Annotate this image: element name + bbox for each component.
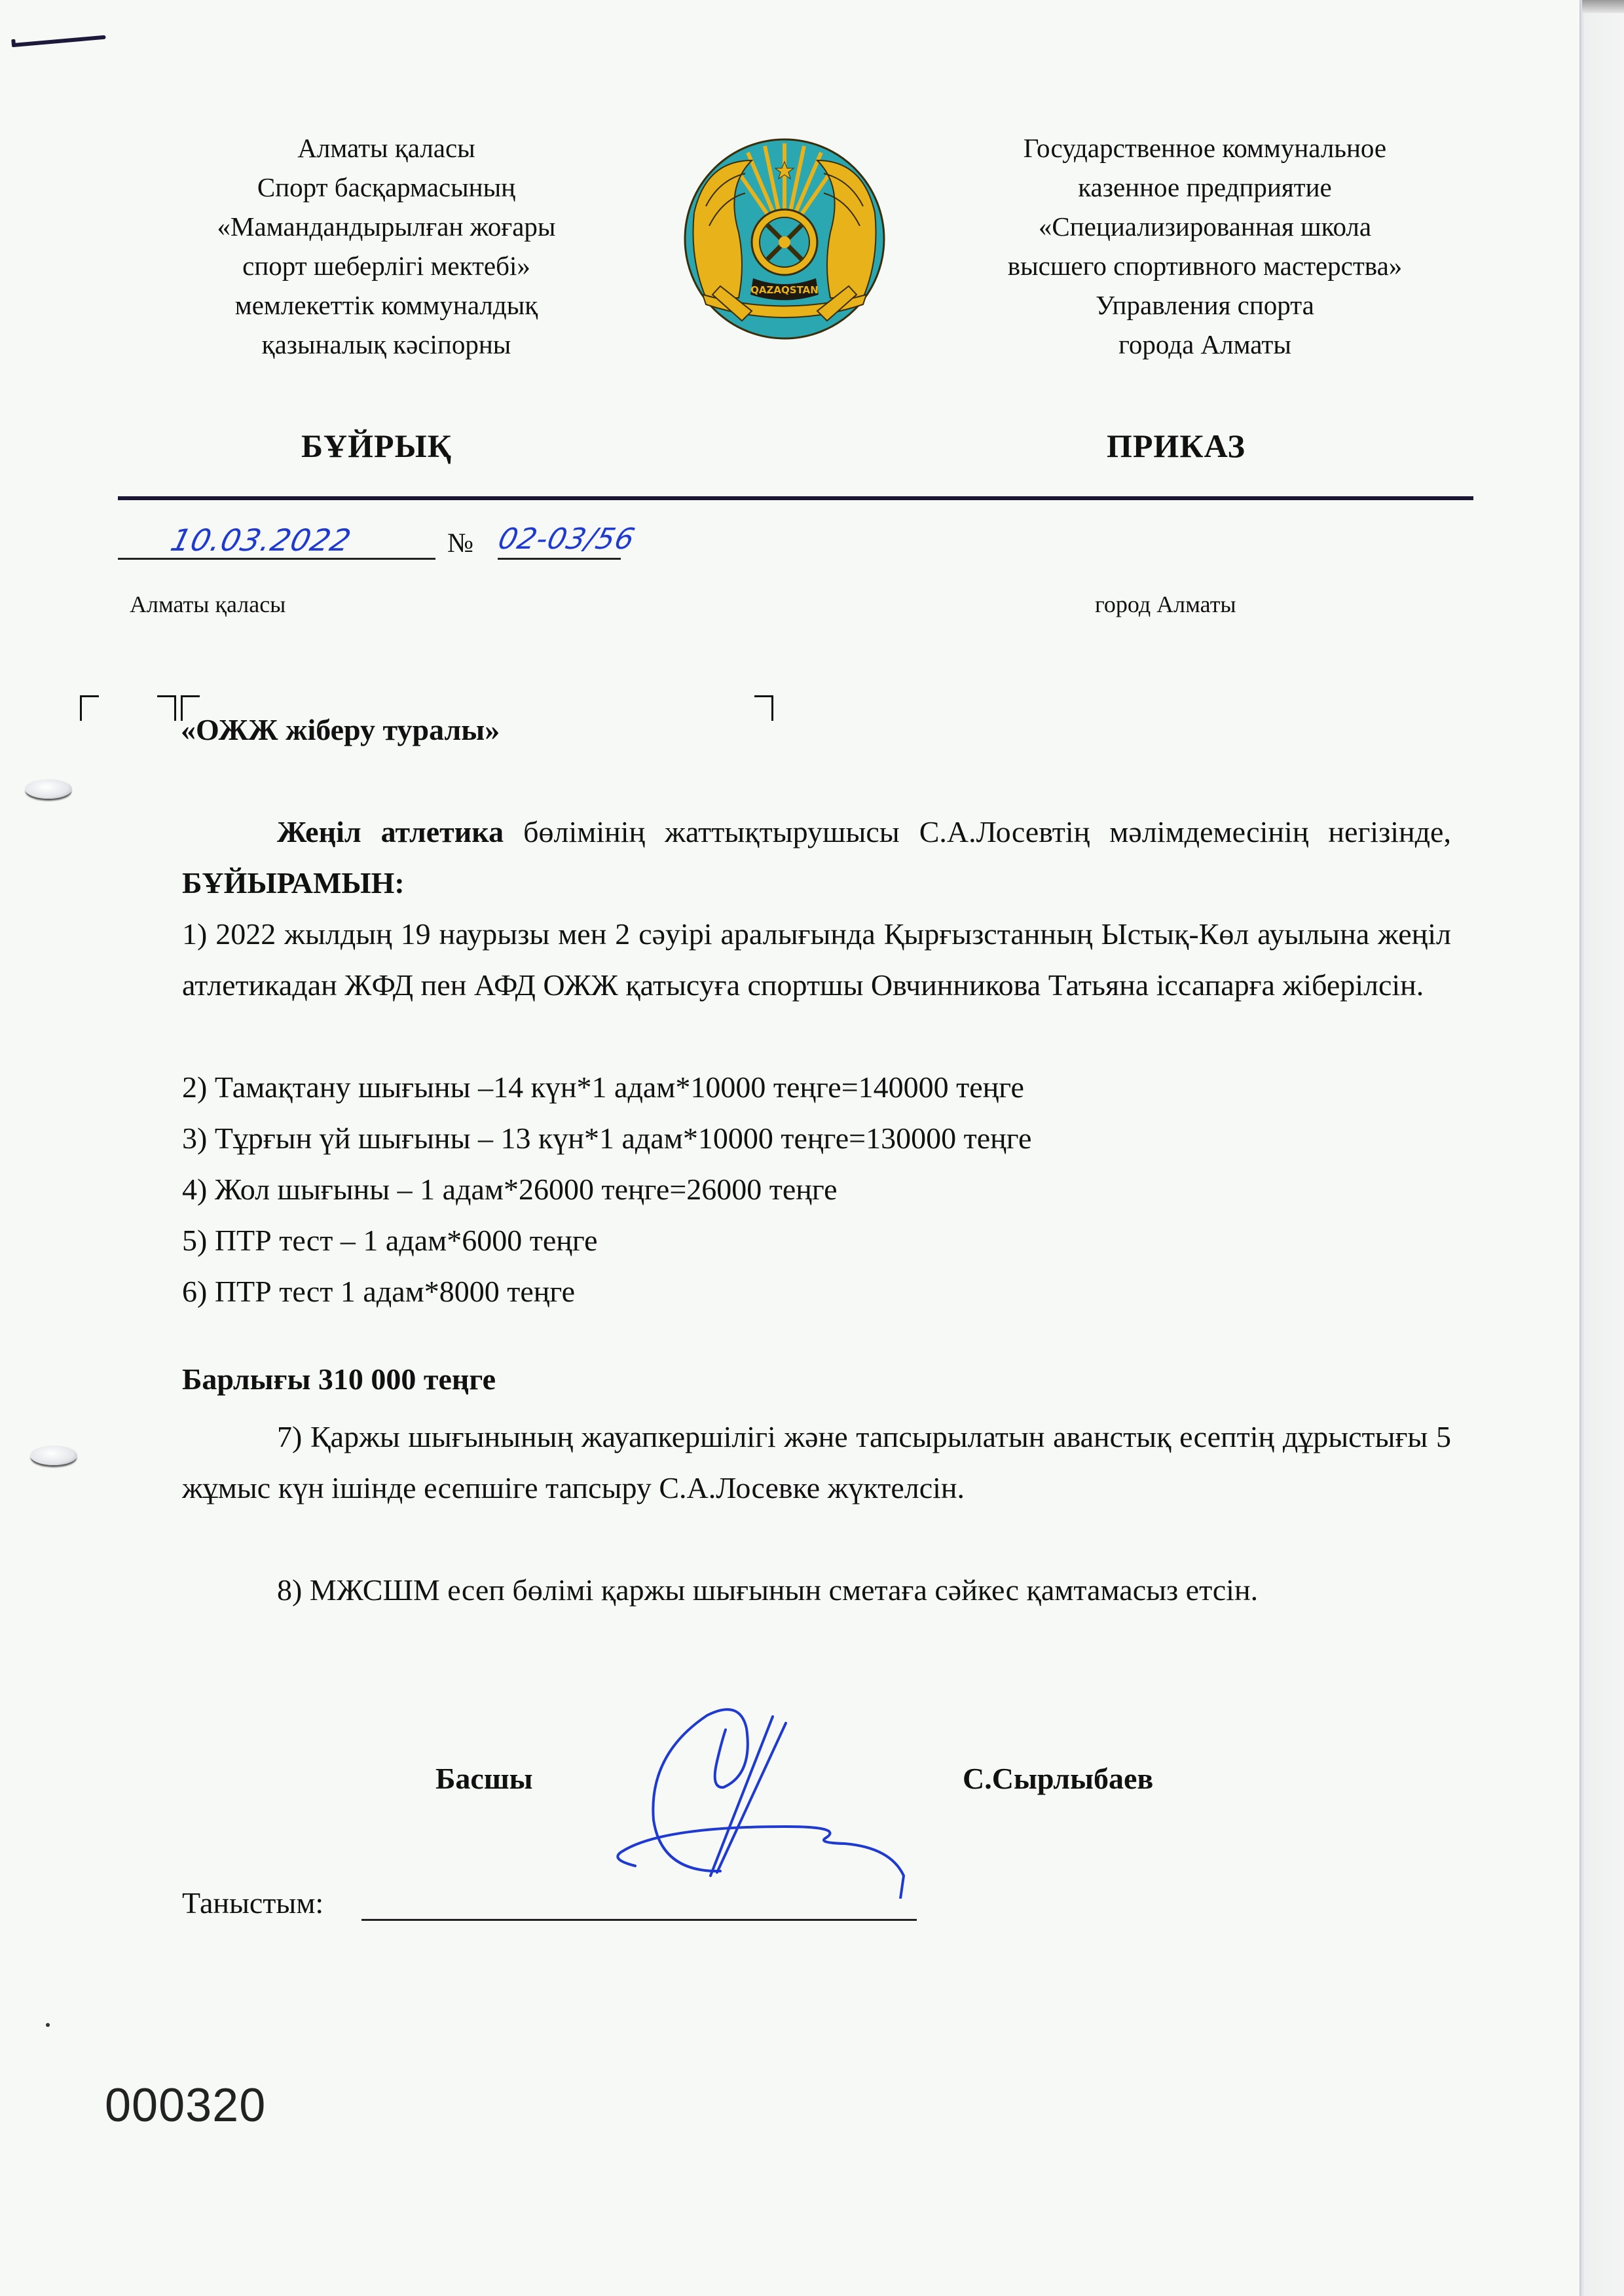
header-divider	[118, 496, 1473, 500]
order-item-3: 3) Тұрғын үй шығыны – 13 күн*1 адам*1000…	[182, 1113, 1451, 1164]
scanned-page-edge-shadow	[1582, 0, 1624, 13]
header-line: «Мамандандырылған жоғары	[177, 207, 596, 246]
city-ru: город Алматы	[1095, 591, 1236, 618]
header-line: қазыналық кәсіпорны	[177, 325, 596, 364]
order-item-6: 6) ПТР тест 1 адам*8000 теңге	[182, 1266, 1451, 1317]
punch-hole-top	[25, 779, 72, 799]
bracket-corner-icon	[754, 695, 773, 721]
handwritten-signature-icon	[576, 1702, 1035, 1899]
header-line: мемлекеттік коммуналдық	[177, 285, 596, 325]
svg-text:QAZAQSTAN: QAZAQSTAN	[750, 284, 819, 296]
acknowledgement-signature-line	[361, 1919, 917, 1921]
punch-hole-bottom	[30, 1446, 77, 1465]
header-line: Управления спорта	[930, 285, 1480, 325]
header-organization-ru: Государственное коммунальное казенное пр…	[930, 128, 1480, 364]
order-item-8: 8) МЖСШМ есеп бөлімі қаржы шығынын смета…	[182, 1565, 1451, 1616]
document-title-kz: БҰЙРЫҚ	[301, 427, 452, 465]
bracket-corner-icon	[157, 695, 176, 721]
scan-speck	[46, 2023, 50, 2027]
header-line: Спорт басқармасының	[177, 168, 596, 207]
header-organization-kz: Алматы қаласы Спорт басқармасының «Маман…	[177, 128, 596, 364]
preamble-department: Жеңіл атлетика	[277, 815, 504, 848]
order-item-1: 1) 2022 жылдың 19 наурызы мен 2 сәуірі а…	[182, 909, 1451, 1011]
number-underline	[498, 558, 621, 560]
header-line: высшего спортивного мастерства»	[930, 246, 1480, 285]
preamble-text: бөлімінің жаттықтырушысы С.А.Лосевтің мә…	[504, 815, 1451, 848]
signatory-role: Басшы	[435, 1761, 533, 1796]
order-number: 02-03/56	[495, 522, 638, 556]
header-line: казенное предприятие	[930, 168, 1480, 207]
order-item-2: 2) Тамақтану шығыны –14 күн*1 адам*10000…	[182, 1062, 1451, 1113]
staple-mark	[13, 35, 106, 47]
total-amount: Барлығы 310 000 теңге	[182, 1362, 496, 1396]
acknowledgement-label: Таныстым:	[182, 1886, 323, 1920]
scanned-page-edge	[1579, 0, 1624, 2296]
order-item-4: 4) Жол шығыны – 1 адам*26000 теңге=26000…	[182, 1164, 1451, 1215]
preamble-order-word: БҰЙЫРАМЫН:	[182, 866, 405, 900]
header-line: «Специализированная школа	[930, 207, 1480, 246]
kazakhstan-state-emblem-icon: QAZAQSTAN	[680, 134, 889, 344]
signatory-name: С.Сырлыбаев	[963, 1761, 1153, 1796]
document-title-ru: ПРИКАЗ	[1107, 427, 1246, 465]
bracket-corner-icon	[80, 695, 99, 721]
preamble: Жеңіл атлетика бөлімінің жаттықтырушысы …	[182, 807, 1451, 909]
header-line: спорт шеберлігі мектебі»	[177, 246, 596, 285]
order-item-5: 5) ПТР тест – 1 адам*6000 теңге	[182, 1215, 1451, 1266]
header-line: Государственное коммунальное	[930, 128, 1480, 168]
order-date: 10.03.2022	[167, 522, 355, 558]
document-serial-number: 000320	[105, 2079, 266, 2132]
header-line: города Алматы	[930, 325, 1480, 364]
city-kz: Алматы қаласы	[130, 591, 286, 618]
order-subject: «ОЖЖ жіберу туралы»	[181, 712, 500, 747]
date-underline	[118, 558, 435, 560]
order-item-7: 7) Қаржы шығынының жауапкершілігі және т…	[182, 1412, 1451, 1514]
header-line: Алматы қаласы	[177, 128, 596, 168]
number-sign: №	[447, 528, 473, 559]
